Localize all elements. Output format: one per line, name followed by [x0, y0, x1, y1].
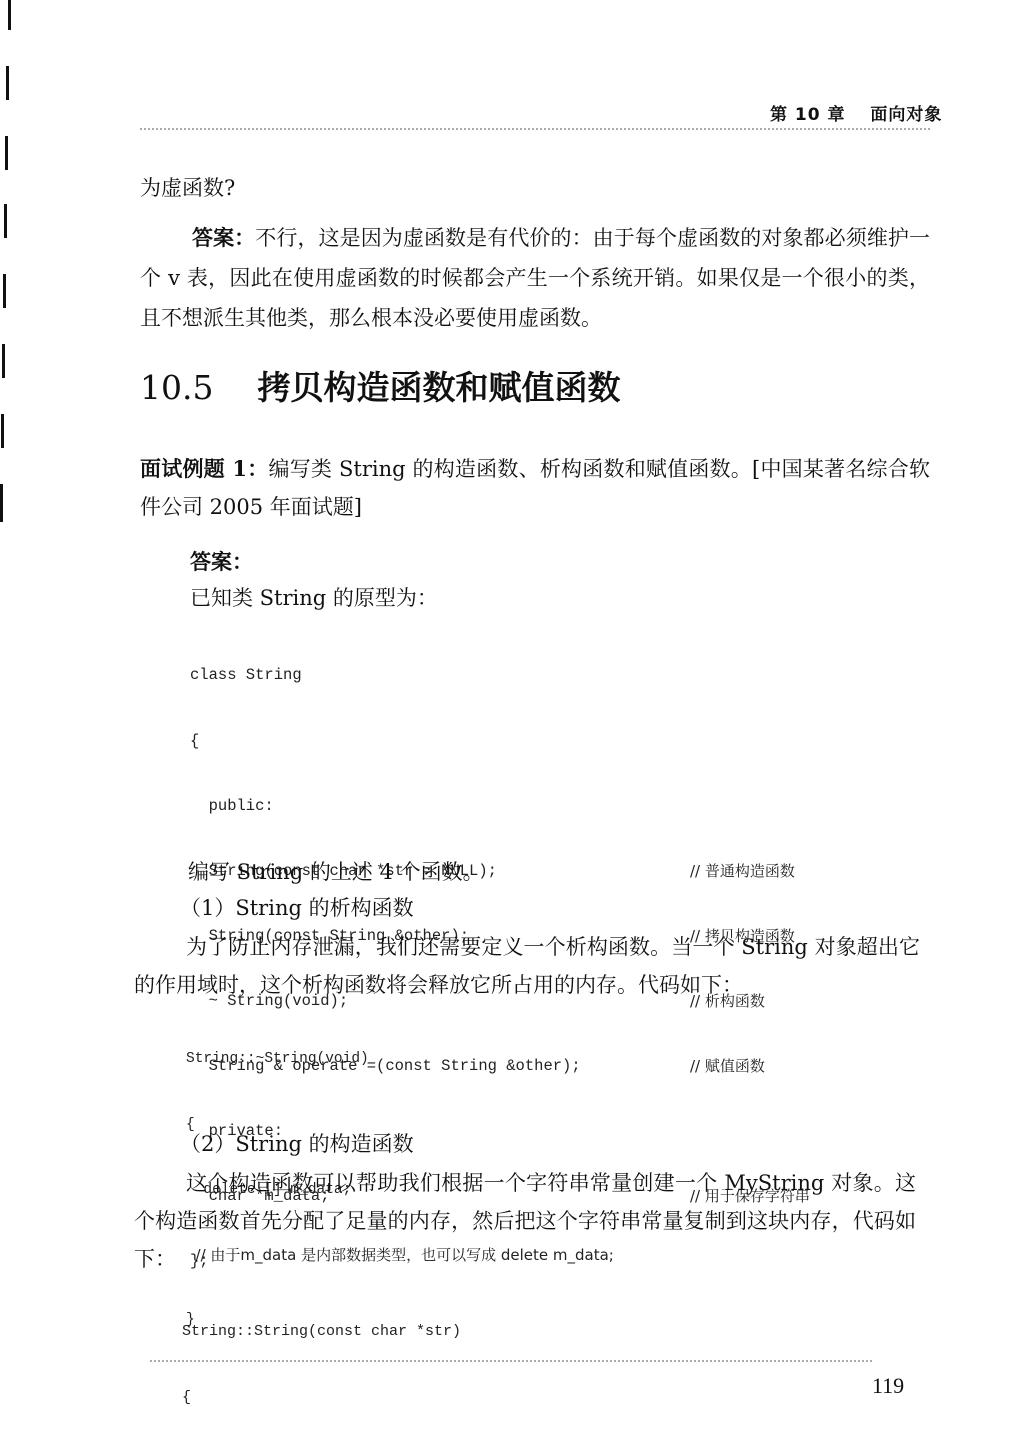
binding-mark [4, 204, 7, 238]
interview-question: 面试例题 1：编写类 String 的构造函数、析构函数和赋值函数。[中国某著名… [140, 450, 930, 526]
task-text: 编写 String 的上述 4 个函数。 [188, 852, 888, 892]
section-heading: 10.5拷贝构造函数和赋值函数 [140, 362, 620, 409]
binding-mark [1, 414, 4, 448]
code-line: class String [190, 665, 581, 687]
code-line: { [182, 1387, 461, 1409]
code-line: String::~String(void) [186, 1049, 614, 1071]
code-line: String::String(const char *str) [182, 1321, 461, 1343]
binding-mark [6, 66, 9, 100]
answer-text: 不行，这是因为虚函数是有代价的：由于每个虚函数的对象都必须维护一个 v 表，因此… [140, 226, 930, 330]
code-line: { [190, 731, 581, 753]
binding-mark [8, 0, 11, 30]
subsection-1-text: 为了防止内存泄漏，我们还需要定义一个析构函数。当一个 String 对象超出它的… [134, 928, 920, 1004]
binding-mark [0, 484, 3, 522]
answer-label: 答案： [192, 225, 255, 250]
section-number: 10.5 [140, 368, 213, 407]
intro-answer: 答案：不行，这是因为虚函数是有代价的：由于每个虚函数的对象都必须维护一个 v 表… [140, 218, 930, 338]
chapter-title: 面向对象 [870, 105, 942, 125]
binding-mark [5, 136, 8, 170]
footer-rule [150, 1360, 872, 1362]
running-header: 第 10 章 面向对象 [770, 100, 942, 125]
binding-mark [2, 344, 5, 378]
section-title: 拷贝构造函数和赋值函数 [257, 368, 620, 407]
subsection-2-title: （2）String 的构造函数 [180, 1124, 880, 1164]
answer-label-2: 答案： [190, 549, 253, 574]
subsection-2-text: 这个构造函数可以帮助我们根据一个字符串常量创建一个 MyString 对象。这个… [134, 1164, 916, 1278]
prototype-intro: 已知类 String 的原型为： [190, 578, 890, 618]
subsection-1-title: （1）String 的析构函数 [180, 888, 880, 928]
answer-heading: 答案： [190, 542, 890, 582]
intro-question-tail: 为虚函数? [140, 168, 930, 208]
binding-mark [3, 274, 6, 308]
constructor-code-block: String::String(const char *str) { [182, 1278, 461, 1430]
code-comment: // 赋值函数 [690, 1056, 765, 1078]
page-number: 119 [872, 1373, 904, 1399]
header-rule [140, 128, 930, 130]
chapter-number: 第 10 章 [770, 105, 846, 125]
question-label: 面试例题 1： [140, 456, 268, 481]
code-line: public: [190, 796, 581, 818]
